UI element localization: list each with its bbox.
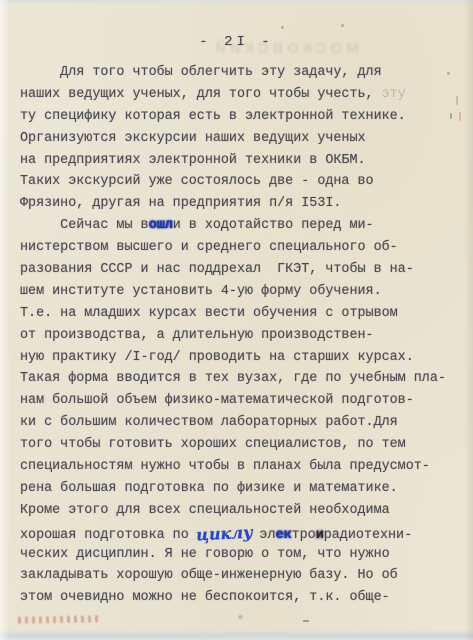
typed-segment: закладывать хорошую обще-инженерную базу…	[20, 568, 398, 583]
typed-segment: шем институте установить 4-ую форму обуч…	[20, 284, 382, 299]
typed-segment: от производства, а длительную производст…	[20, 328, 374, 343]
typed-line: Для того чтобы облегчить эту задачу, для	[20, 62, 470, 84]
typed-line: нам большой объем физико-математической …	[20, 390, 470, 412]
typed-line: этом очевидно можно не беспокоится, т.к.…	[20, 587, 470, 609]
typed-line: Фрязино, другая на предприятия п/я I53I.	[20, 193, 470, 215]
typed-line: Организуются экскурсии наших ведущих уче…	[20, 128, 470, 150]
typed-segment: эл	[251, 528, 275, 543]
typed-line: рена большая подготовка по физике и мате…	[20, 478, 470, 500]
typed-overstrike-blot: и	[316, 528, 324, 543]
typed-line: закладывать хорошую обще-инженерную базу…	[20, 565, 470, 587]
typed-text: Для того чтобы облегчить эту задачу, для…	[20, 62, 470, 609]
scan-red-dot	[281, 26, 284, 29]
typed-segment: Фрязино, другая на предприятия п/я I53I.	[20, 196, 341, 211]
typed-segment: рена большая подготовка по физике и мате…	[20, 481, 398, 496]
typed-segment: Организуются экскурсии наших ведущих уче…	[20, 131, 366, 146]
typed-line: наших ведущих ученых, для того чтобы уче…	[20, 84, 470, 106]
page-edge-bottom	[0, 630, 473, 640]
page-edge-right	[464, 0, 473, 640]
typed-segment: ки с большим количеством лабораторных ра…	[20, 415, 398, 430]
faint-typed-segment: эту	[374, 87, 406, 102]
typed-line: ту специфику которая есть в электронной …	[20, 106, 470, 128]
stamp-smudge	[18, 615, 102, 623]
scan-red-dot	[341, 24, 344, 27]
typed-segment: на предприятиях электронной техники в ОК…	[20, 153, 366, 168]
typed-segment: ческих дисциплин. Я не говорю о том, что…	[20, 547, 390, 562]
handwritten-ink-word: циклу	[195, 521, 253, 546]
typed-line: Таких экскурсий уже состоялось две - одн…	[20, 171, 470, 193]
typed-segment: Таких экскурсий уже состоялось две - одн…	[20, 174, 374, 189]
typed-segment: нам большой объем физико-математической …	[20, 393, 414, 408]
page-number: - 2I -	[0, 34, 473, 50]
ink-overwrite-correction: ошл	[149, 218, 173, 233]
typed-segment: Т.е. на младших курсах вести обучения с …	[20, 306, 398, 321]
page-edge-left	[0, 0, 10, 640]
typed-line: разования СССР и нас поддрехал ГКЭТ, что…	[20, 259, 470, 281]
page-edge-top	[0, 0, 473, 5]
typed-line: ную практику /I-год/ проводить на старши…	[20, 347, 470, 369]
typed-segment: этом очевидно можно не беспокоится, т.к.…	[20, 590, 390, 605]
typed-line: на предприятиях электронной техники в ОК…	[20, 150, 470, 172]
typed-segment: радиотехни-	[324, 528, 412, 543]
typed-segment: ту специфику которая есть в электронной …	[20, 109, 406, 124]
typed-line: Кроме этого для всех специальностей необ…	[20, 500, 470, 522]
typed-line: от производства, а длительную производст…	[20, 325, 470, 347]
typed-segment: разования СССР и нас поддрехал ГКЭТ, что…	[20, 262, 414, 277]
typed-segment: наших ведущих ученых, для того чтобы уче…	[20, 87, 374, 102]
ink-overwrite-correction: ек	[276, 528, 292, 543]
typed-segment: Кроме этого для всех специальностей необ…	[20, 503, 390, 518]
typed-segment: Для того чтобы облегчить эту задачу, для	[20, 65, 382, 80]
typed-segment: того чтобы готовить хороших специалистов…	[20, 437, 406, 452]
scan-gray-dot	[238, 615, 243, 619]
typed-line: специальностям нужно чтобы в планах была…	[20, 456, 470, 478]
typed-segment: хорошая подготовка по	[20, 528, 197, 543]
typed-segment: нистерством высшего и среднего специальн…	[20, 240, 398, 255]
typed-line: Такая форма вводится в тех вузах, где по…	[20, 368, 470, 390]
typed-line: ки с большим количеством лабораторных ра…	[20, 412, 470, 434]
scanned-document-page: МОСКОВСКИЙ - 2I - Для того чтобы облегчи…	[0, 0, 473, 640]
typed-line: шем институте установить 4-ую форму обуч…	[20, 281, 470, 303]
typed-line: ческих дисциплин. Я не говорю о том, что…	[20, 544, 470, 566]
typed-segment: и в ходотайство перед ми-	[173, 218, 374, 233]
typed-line: хорошая подготовка по циклу электроиради…	[20, 522, 470, 544]
typed-segment: ную практику /I-год/ проводить на старши…	[20, 350, 414, 365]
scan-dark-dash	[303, 620, 309, 622]
typed-line: Т.е. на младших курсах вести обучения с …	[20, 303, 470, 325]
typed-line: того чтобы готовить хороших специалистов…	[20, 434, 470, 456]
typed-segment: Такая форма вводится в тех вузах, где по…	[20, 371, 446, 386]
typed-segment: специальностям нужно чтобы в планах была…	[20, 459, 430, 474]
typed-line: нистерством высшего и среднего специальн…	[20, 237, 470, 259]
typed-segment: тро	[292, 528, 316, 543]
typed-line: Сейчас мы вошли в ходотайство перед ми-	[20, 215, 470, 237]
typed-segment: Сейчас мы в	[20, 218, 149, 233]
